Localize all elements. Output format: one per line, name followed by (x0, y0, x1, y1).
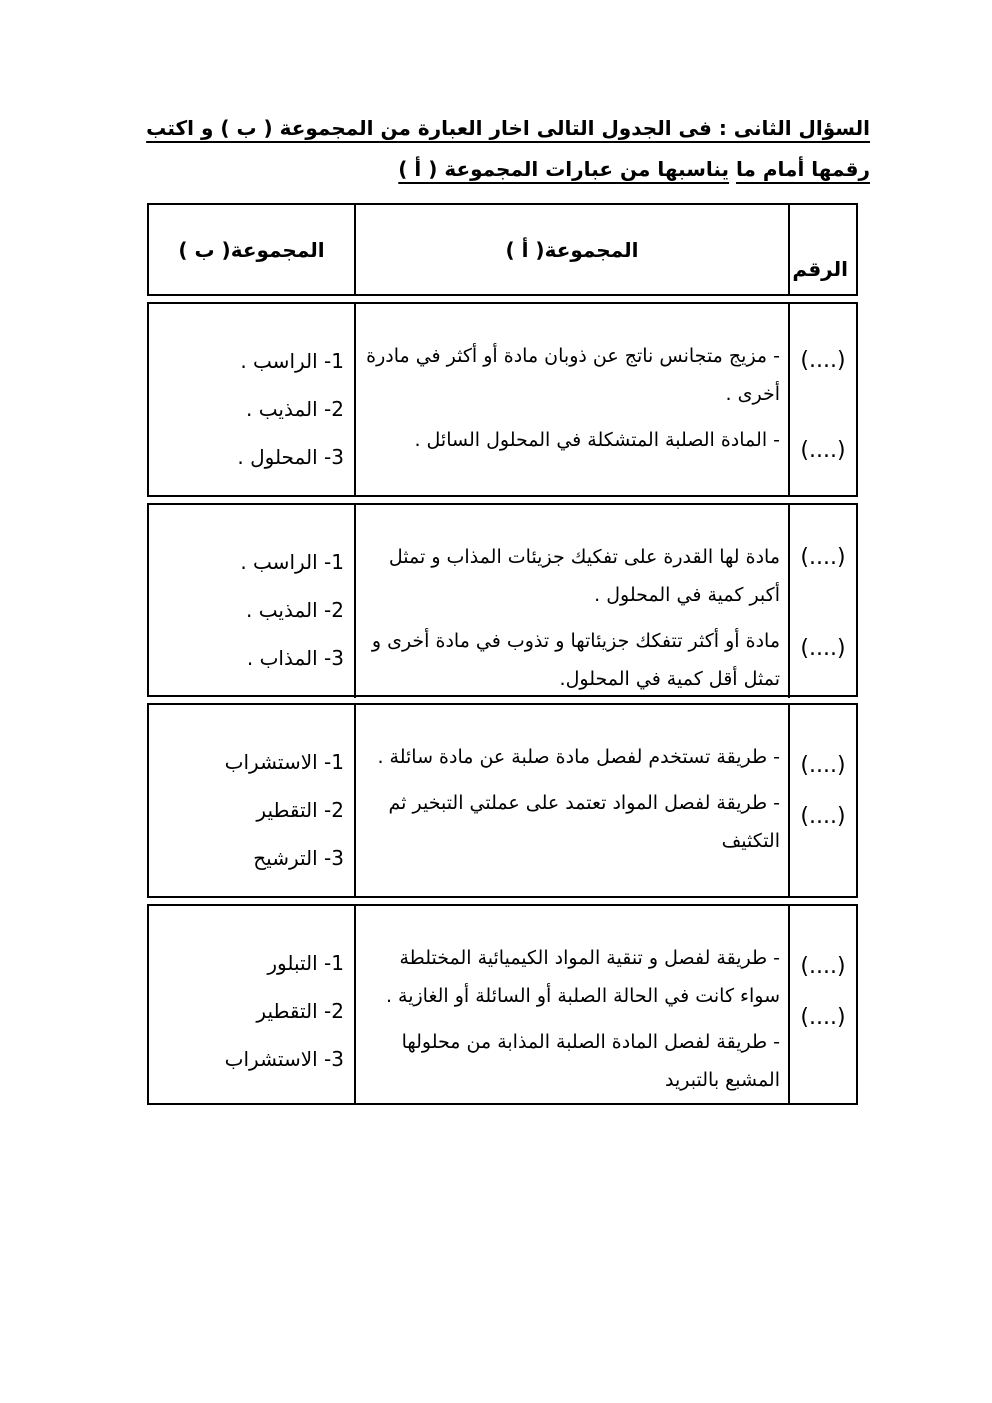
statement: - طريقة تستخدم لفصل مادة صلبة عن مادة سا… (362, 738, 780, 776)
statement: - مزيج متجانس ناتج عن ذوبان مادة أو أكثر… (362, 337, 780, 413)
option: 2- التقطير (153, 1000, 344, 1022)
answer-slot: (....) (800, 954, 845, 980)
number-cell: (....) (....) (788, 705, 856, 896)
statement: - طريقة لفصل و تنقية المواد الكيميائية ا… (362, 939, 780, 1015)
statement: - طريقة لفصل المادة الصلبة المذابة من مح… (362, 1023, 780, 1099)
number-cell: (....) (....) (788, 304, 856, 495)
option: 1- الراسب . (153, 350, 344, 372)
column-header-group-a: المجموعة( أ ) (354, 205, 788, 294)
option: 3- المذاب . (153, 647, 344, 669)
table-row: (....) (....) - مزيج متجانس ناتج عن ذوبا… (147, 302, 858, 497)
table-row: (....) (....) - طريقة لفصل و تنقية الموا… (147, 904, 858, 1105)
statement: مادة لها القدرة على تفكيك جزيئات المذاب … (362, 538, 780, 614)
group-a-cell: - مزيج متجانس ناتج عن ذوبان مادة أو أكثر… (354, 304, 788, 495)
option: 3- الترشيح (153, 847, 344, 869)
answer-slot: (....) (800, 545, 845, 571)
number-cell: (....) (....) (788, 505, 856, 698)
group-b-cell: 1- الراسب . 2- المذيب . 3- المحلول . (149, 304, 354, 495)
answer-slot: (....) (800, 636, 845, 662)
column-header-number: الرقم (788, 205, 856, 294)
option: 2- التقطير (153, 799, 344, 821)
statement: - المادة الصلبة المتشكلة في المحلول السا… (362, 421, 780, 459)
option: 3- الاستشراب (153, 1048, 344, 1070)
option: 3- المحلول . (153, 446, 344, 468)
option: 1- الاستشراب (153, 751, 344, 773)
option: 1- التبلور (153, 952, 344, 974)
statement: مادة أو أكثر تتفكك جزيئاتها و تذوب في ما… (362, 622, 780, 698)
group-b-cell: 1- التبلور 2- التقطير 3- الاستشراب (149, 906, 354, 1103)
answer-slot: (....) (800, 753, 845, 779)
group-a-cell: - طريقة لفصل و تنقية المواد الكيميائية ا… (354, 906, 788, 1103)
option: 1- الراسب . (153, 551, 344, 573)
answer-slot: (....) (800, 1005, 845, 1031)
statement: - طريقة لفصل المواد تعتمد على عملتي التب… (362, 784, 780, 860)
answer-slot: (....) (800, 804, 845, 830)
group-a-cell: مادة لها القدرة على تفكيك جزيئات المذاب … (354, 505, 788, 698)
option: 2- المذيب . (153, 398, 344, 420)
table-row: (....) (....) مادة لها القدرة على تفكيك … (147, 503, 858, 697)
column-header-group-b: المجموعة( ب ) (149, 205, 354, 294)
group-b-cell: 1- الراسب . 2- المذيب . 3- المذاب . (149, 505, 354, 698)
number-cell: (....) (....) (788, 906, 856, 1103)
table-row: (....) (....) - طريقة تستخدم لفصل مادة ص… (147, 703, 858, 898)
table-header-row: الرقم المجموعة( أ ) المجموعة( ب ) (147, 203, 858, 296)
matching-table: الرقم المجموعة( أ ) المجموعة( ب ) (....)… (147, 203, 858, 1111)
option: 2- المذيب . (153, 599, 344, 621)
document-page: { "title": { "line1": "السؤال الثانى : ف… (0, 0, 992, 1403)
group-b-cell: 1- الاستشراب 2- التقطير 3- الترشيح (149, 705, 354, 896)
question-title: السؤال الثانى : فى الجدول التالى اخار ال… (129, 108, 870, 190)
group-a-cell: - طريقة تستخدم لفصل مادة صلبة عن مادة سا… (354, 705, 788, 896)
answer-slot: (....) (800, 438, 845, 464)
answer-slot: (....) (800, 348, 845, 374)
question-title-line-2: يناسبها من عبارات المجموعة ( أ ) (398, 157, 729, 181)
